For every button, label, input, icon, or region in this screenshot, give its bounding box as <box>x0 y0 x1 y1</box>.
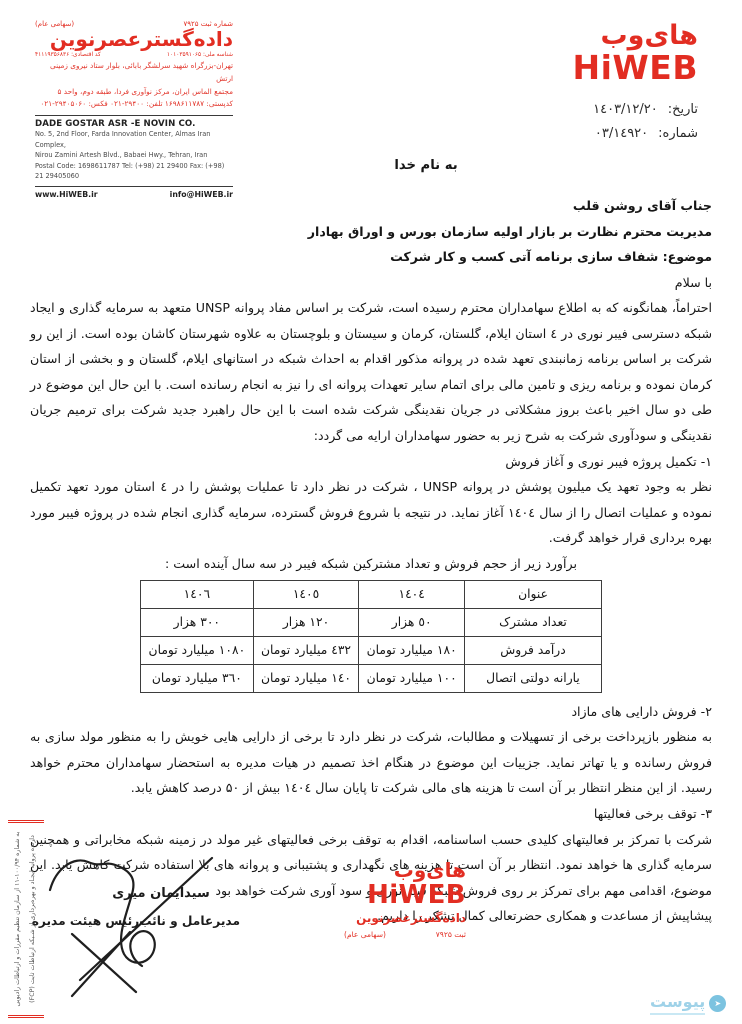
row-label: درآمد فروش <box>465 636 602 664</box>
cell: ١٢٠ هزار <box>253 608 359 636</box>
table-row: یارانه دولتی اتصال ١٠٠ میلیارد تومان ١٤٠… <box>141 664 602 692</box>
date-row: تاریخ: ١٤٠٣/١٢/٢٠ <box>593 102 698 117</box>
footer-logo-subtitle: داده‌گسترعصرنوین <box>344 912 466 924</box>
signer-name: سیدایمان میری <box>82 880 240 908</box>
cell: ٣٦٠ میلیارد تومان <box>141 664 254 692</box>
license-side-note: به شماره ۱۰۰/۹۴-۱۱ از سازمان تنظیم مقررا… <box>8 820 44 1018</box>
date-value: ١٤٠٣/١٢/٢٠ <box>593 102 658 117</box>
cell: ١٠٨٠ میلیارد تومان <box>141 636 254 664</box>
signature-block: سیدایمان میری مدیرعامل و نائب‌رئیس هیئت … <box>82 880 240 934</box>
cell: ٣٠٠ هزار <box>141 608 254 636</box>
cell: ١٨٠ میلیارد تومان <box>359 636 465 664</box>
table-intro: برآورد زیر از حجم فروش و تعداد مشترکین ش… <box>30 551 712 577</box>
forecast-table: عنوان ١٤٠٤ ١٤٠٥ ١٤٠٦ تعداد مشترک ٥٠ هزار… <box>140 580 602 693</box>
footer-logo-en: HiWEB <box>344 882 466 908</box>
address-fa: تهران-بزرگراه شهید سرلشگر بابائی، بلوار … <box>35 60 233 111</box>
watermark-text: پیوست <box>650 992 705 1015</box>
section2-body: به منظور بازپرداخت برخی از تسهیلات و مطا… <box>30 724 712 801</box>
number-value: ٠٣/١٤٩٢٠ <box>595 126 648 141</box>
header-cell: ١٤٠٤ <box>359 580 465 608</box>
hiweb-logo-fa: های‌وب <box>572 22 698 49</box>
section2-title: ۲- فروش دارایی های مازاد <box>30 699 712 725</box>
letter-meta: تاریخ: ١٤٠٣/١٢/٢٠ شماره: ٠٣/١٤٩٢٠ <box>593 102 698 150</box>
footer-hiweb-logo: های‌وب HiWEB داده‌گسترعصرنوین (سهامی عام… <box>344 860 466 939</box>
addressee-org: مدیریت محترم نظارت بر بازار اولیه سازمان… <box>30 219 712 245</box>
economic-code: کد اقتصادی: ۴۱۱۱۹۳۵۶۸۳۶ <box>35 52 101 58</box>
number-row: شماره: ٠٣/١٤٩٢٠ <box>593 126 698 141</box>
hiweb-logo-en: HiWEB <box>572 51 698 84</box>
section3-title: ۳- توقف برخی فعالیتها <box>30 801 712 827</box>
row-label: یارانه دولتی اتصال <box>465 664 602 692</box>
cell: ٥٠ هزار <box>359 608 465 636</box>
address-fa-line: تهران-بزرگراه شهید سرلشگر بابائی، بلوار … <box>35 60 233 86</box>
paragraph-intro: احتراماً، همانگونه که به اطلاع سهامداران… <box>30 295 712 449</box>
license-note-text: دارنده پروانه ایجـاد و بهره‌برداری از شـ… <box>25 826 40 1012</box>
header-cell: ١٤٠٥ <box>253 580 359 608</box>
address-en-line: No. 5, 2nd Floor, Farda Innovation Cente… <box>35 129 233 150</box>
peivast-watermark: پیوست ➤ <box>650 992 726 1015</box>
section1-body: نظر به وجود تعهد یک میلیون پوشش در پروان… <box>30 474 712 551</box>
footer-logo-fa: های‌وب <box>344 860 466 880</box>
number-label: شماره: <box>658 126 698 141</box>
salutation: با سلام <box>30 270 712 296</box>
cell: ١٤٠ میلیارد تومان <box>253 664 359 692</box>
company-name-en: DADE GOSTAR ASR -E NOVIN CO. <box>35 119 233 129</box>
hiweb-logo: های‌وب HiWEB <box>572 22 698 84</box>
cell: ٤٣٢ میلیارد تومان <box>253 636 359 664</box>
header-cell: عنوان <box>465 580 602 608</box>
section1-title: ۱- تکمیل پروژه فیبر نوری و آغاز فروش <box>30 449 712 475</box>
bismillah: به نام خدا <box>30 158 712 173</box>
header-cell: ١٤٠٦ <box>141 580 254 608</box>
address-fa-line: کدپستی: ۱۶۹۸۶۱۱۷۸۷ تلفن: ۲۹۴۰۰-۰۲۱ فکس: … <box>35 98 233 111</box>
license-note-number: به شماره ۱۰۰/۹۴-۱۱ از سازمان تنظیم مقررا… <box>10 826 25 1012</box>
address-fa-line: مجتمع الماس ایران، مرکز نوآوری فردا، طبق… <box>35 86 233 99</box>
subject-line: موضوع: شفاف سازی برنامه آتی کسب و کار شر… <box>30 244 712 270</box>
table-header-row: عنوان ١٤٠٤ ١٤٠٥ ١٤٠٦ <box>141 580 602 608</box>
letter-body: به نام خدا جناب آقای روشن قلب مدیریت محت… <box>30 158 712 929</box>
signer-title: مدیرعامل و نائب‌رئیس هیئت مدیره <box>82 908 240 934</box>
addressee-name: جناب آقای روشن قلب <box>30 193 712 219</box>
arrow-glyph: ➤ <box>714 1000 721 1008</box>
footer-registration-row: (سهامی عام) ثبت ۷۹۲۵ <box>344 931 466 939</box>
footer-public-label: (سهامی عام) <box>344 931 386 939</box>
company-ids-row: شناسه ملی: ۱۰۱۰۳۵۹۱۰۶۵ کد اقتصادی: ۴۱۱۱۹… <box>35 52 233 58</box>
date-label: تاریخ: <box>668 102 698 117</box>
cell: ١٠٠ میلیارد تومان <box>359 664 465 692</box>
watermark-arrow-icon: ➤ <box>709 995 726 1012</box>
company-logo-fa: داده‌گسترعصرنوین <box>35 28 233 51</box>
table-row: درآمد فروش ١٨٠ میلیارد تومان ٤٣٢ میلیارد… <box>141 636 602 664</box>
divider <box>35 115 233 116</box>
letter-page: (سهامی عام) شماره ثبت ۷۹۲۵ داده‌گسترعصرن… <box>0 0 742 1024</box>
national-id: شناسه ملی: ۱۰۱۰۳۵۹۱۰۶۵ <box>167 52 233 58</box>
row-label: تعداد مشترک <box>465 608 602 636</box>
table-row: تعداد مشترک ٥٠ هزار ١٢٠ هزار ٣٠٠ هزار <box>141 608 602 636</box>
footer-reg-number: ثبت ۷۹۲۵ <box>436 931 466 939</box>
